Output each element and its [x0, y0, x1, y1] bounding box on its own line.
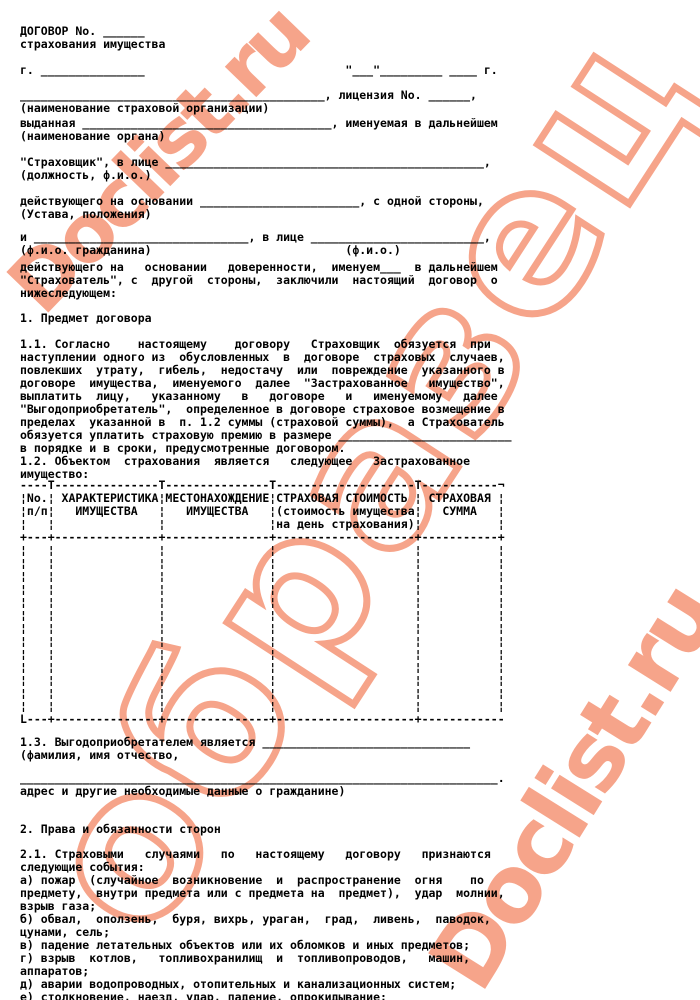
license-line: ________________________________________… — [20, 89, 477, 115]
preamble: действующего на основании доверенности, … — [20, 261, 498, 300]
insurer-line: "Страховщик", в лице ___________________… — [20, 156, 491, 182]
clause-2-1: 2.1. Страховыми случаями по настоящему д… — [20, 848, 505, 1000]
contract-page: Doclist.ruобразецDoclist.ru ДОГОВОР No. … — [0, 0, 700, 1000]
issued-by-line: выданная _______________________________… — [20, 117, 498, 143]
doc-title: ДОГОВОР No. ______ страхования имущества — [20, 25, 165, 51]
clause-1-3: 1.3. Выгодоприобретателем является _____… — [20, 736, 470, 762]
beneficiary-fill-line: ________________________________________… — [20, 772, 505, 798]
section-2-heading: 2. Права и обязанности сторон — [20, 823, 221, 836]
acting-basis-line: действующего на основании ______________… — [20, 195, 484, 221]
city-date-line: г. _______________ "___"_________ ____ г… — [20, 64, 498, 77]
clause-1-1: 1.1. Согласно настоящему договору Страхо… — [20, 338, 512, 481]
document-body: ДОГОВОР No. ______ страхования имущества… — [0, 0, 700, 1000]
section-1-heading: 1. Предмет договора — [20, 312, 152, 325]
property-table: ----T---------------T---------------T---… — [20, 479, 505, 726]
citizen-line: и _______________________________, в лиц… — [20, 231, 491, 257]
